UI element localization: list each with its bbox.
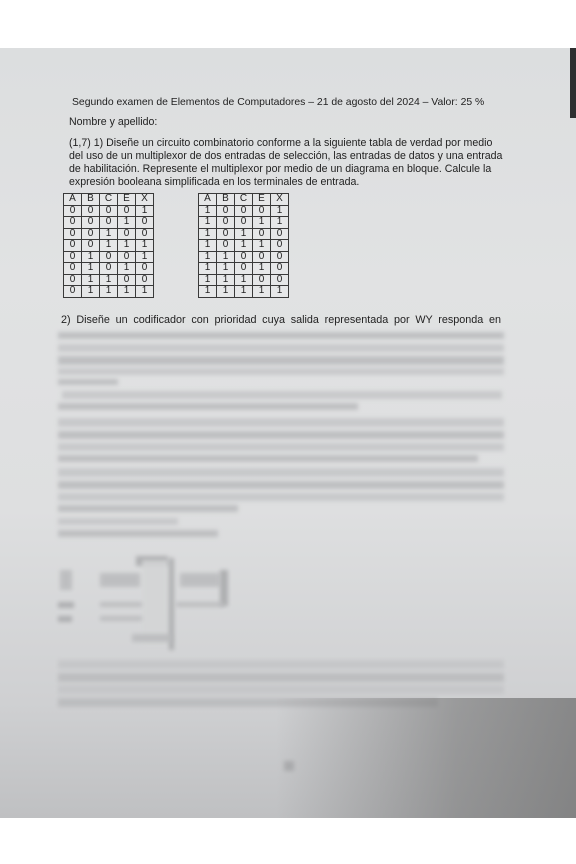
- truth-table-cell: 1: [100, 228, 118, 240]
- truth-table-cell: 0: [136, 274, 154, 286]
- truth-table-cell: 0: [100, 263, 118, 275]
- truth-table-cell: 0: [235, 217, 253, 229]
- truth-table-cell: 0: [82, 228, 100, 240]
- truth-table-row: 01001: [64, 251, 154, 263]
- truth-table-cell: 1: [253, 240, 271, 252]
- truth-table-cell: 0: [64, 240, 82, 252]
- truth-table-cell: 1: [199, 251, 217, 263]
- truth-table-row: 11010: [199, 263, 289, 275]
- truth-table-cell: 1: [82, 251, 100, 263]
- truth-table-cell: 0: [82, 217, 100, 229]
- truth-table-row: 00010: [64, 217, 154, 229]
- truth-table-cell: 1: [199, 286, 217, 298]
- truth-table-cell: 1: [136, 240, 154, 252]
- truth-table-cell: 1: [271, 286, 289, 298]
- truth-table-cell: 0: [217, 240, 235, 252]
- truth-table-cell: 1: [235, 240, 253, 252]
- truth-table-cell: 1: [199, 263, 217, 275]
- truth-table-a1: ABCEX10001100111010010110110001101011100…: [198, 193, 289, 298]
- truth-table-cell: 0: [100, 217, 118, 229]
- truth-table-cell: 0: [100, 251, 118, 263]
- truth-table-header-row: ABCEX: [64, 194, 154, 206]
- question-1-line: (1,7) 1) Diseñe un circuito combinatorio…: [69, 137, 517, 150]
- truth-table-cell: 1: [100, 274, 118, 286]
- name-field-label: Nombre y apellido:: [69, 116, 157, 129]
- truth-table-header-cell: C: [100, 194, 118, 206]
- exam-sheet: Segundo examen de Elementos de Computado…: [0, 48, 576, 818]
- truth-table-cell: 0: [136, 217, 154, 229]
- question-1-text: (1,7) 1) Diseñe un circuito combinatorio…: [69, 137, 517, 189]
- truth-table-cell: 0: [100, 205, 118, 217]
- truth-table-row: 00001: [64, 205, 154, 217]
- truth-table-row: 10001: [199, 205, 289, 217]
- truth-table-cell: 0: [64, 228, 82, 240]
- truth-table-row: 01010: [64, 263, 154, 275]
- truth-table-header-cell: B: [82, 194, 100, 206]
- truth-table-cell: 0: [82, 205, 100, 217]
- truth-table-cell: 1: [118, 286, 136, 298]
- truth-table-cell: 1: [253, 286, 271, 298]
- truth-table-cell: 0: [64, 217, 82, 229]
- truth-table-cell: 1: [217, 263, 235, 275]
- truth-table-row: 10100: [199, 228, 289, 240]
- truth-table-cell: 1: [217, 251, 235, 263]
- truth-table-cell: 0: [136, 263, 154, 275]
- truth-table-cell: 1: [235, 274, 253, 286]
- truth-table-cell: 0: [253, 251, 271, 263]
- truth-table-cell: 0: [271, 240, 289, 252]
- truth-table-cell: 1: [136, 286, 154, 298]
- truth-table-cell: 0: [253, 274, 271, 286]
- truth-table-cell: 1: [217, 274, 235, 286]
- truth-table-row: 01100: [64, 274, 154, 286]
- truth-table-cell: 0: [271, 274, 289, 286]
- truth-table-cell: 0: [64, 274, 82, 286]
- truth-table-cell: 1: [118, 240, 136, 252]
- truth-table-cell: 0: [235, 251, 253, 263]
- truth-table-cell: 1: [271, 205, 289, 217]
- truth-table-cell: 1: [235, 286, 253, 298]
- truth-table-cell: 1: [217, 286, 235, 298]
- truth-table-header-cell: A: [64, 194, 82, 206]
- truth-table-cell: 0: [118, 274, 136, 286]
- exam-header: Segundo examen de Elementos de Computado…: [72, 96, 484, 109]
- truth-table-cell: 0: [118, 228, 136, 240]
- truth-table-cell: 1: [199, 228, 217, 240]
- truth-table-header-cell: B: [217, 194, 235, 206]
- truth-table-row: 11100: [199, 274, 289, 286]
- truth-table-cell: 0: [217, 217, 235, 229]
- truth-table-cell: 0: [136, 228, 154, 240]
- truth-table-header-cell: E: [118, 194, 136, 206]
- truth-table-header-cell: X: [136, 194, 154, 206]
- truth-table-header-cell: E: [253, 194, 271, 206]
- truth-table-cell: 1: [100, 286, 118, 298]
- truth-table-cell: 1: [235, 228, 253, 240]
- truth-table-header-row: ABCEX: [199, 194, 289, 206]
- truth-table-a0: ABCEX00001000100010000111010010101001100…: [63, 193, 154, 298]
- truth-table-cell: 0: [271, 251, 289, 263]
- truth-table-cell: 1: [82, 286, 100, 298]
- truth-table-cell: 0: [217, 228, 235, 240]
- truth-table-header-cell: C: [235, 194, 253, 206]
- truth-table-row: 00100: [64, 228, 154, 240]
- truth-table-cell: 0: [64, 286, 82, 298]
- truth-table-row: 01111: [64, 286, 154, 298]
- truth-table-cell: 1: [199, 274, 217, 286]
- truth-table-cell: 0: [64, 251, 82, 263]
- question-1-line: del uso de un multiplexor de dos entrada…: [69, 150, 517, 163]
- truth-table-row: 10110: [199, 240, 289, 252]
- sheet-shadow-edge: [570, 48, 576, 118]
- truth-table-cell: 1: [199, 217, 217, 229]
- truth-table-cell: 1: [199, 205, 217, 217]
- truth-table-cell: 1: [82, 274, 100, 286]
- truth-table-cell: 0: [64, 205, 82, 217]
- truth-table-header-cell: A: [199, 194, 217, 206]
- truth-table-cell: 0: [118, 251, 136, 263]
- truth-table-header-cell: X: [271, 194, 289, 206]
- truth-table-cell: 0: [271, 228, 289, 240]
- truth-table-cell: 0: [271, 263, 289, 275]
- truth-table-cell: 0: [82, 240, 100, 252]
- truth-table-cell: 0: [64, 263, 82, 275]
- truth-table-cell: 0: [253, 228, 271, 240]
- truth-table-cell: 0: [118, 205, 136, 217]
- truth-table-cell: 1: [253, 263, 271, 275]
- truth-table-cell: 1: [136, 251, 154, 263]
- truth-table-row: 00111: [64, 240, 154, 252]
- truth-table-cell: 1: [118, 217, 136, 229]
- truth-table-cell: 1: [82, 263, 100, 275]
- truth-table-cell: 0: [217, 205, 235, 217]
- truth-table-cell: 0: [235, 205, 253, 217]
- truth-table-cell: 0: [235, 263, 253, 275]
- truth-table-cell: 1: [118, 263, 136, 275]
- truth-table-cell: 1: [136, 205, 154, 217]
- question-1-line: de habilitación. Represente el multiplex…: [69, 163, 517, 176]
- question-2-first-line: 2) Diseñe un codificador con prioridad c…: [61, 314, 501, 327]
- truth-table-row: 10011: [199, 217, 289, 229]
- truth-table-cell: 0: [253, 205, 271, 217]
- question-1-line: expresión booleana simplificada en los t…: [69, 176, 517, 189]
- truth-table-cell: 1: [100, 240, 118, 252]
- truth-table-cell: 1: [253, 217, 271, 229]
- truth-table-cell: 1: [199, 240, 217, 252]
- truth-table-row: 11111: [199, 286, 289, 298]
- truth-table-cell: 1: [271, 217, 289, 229]
- truth-table-row: 11000: [199, 251, 289, 263]
